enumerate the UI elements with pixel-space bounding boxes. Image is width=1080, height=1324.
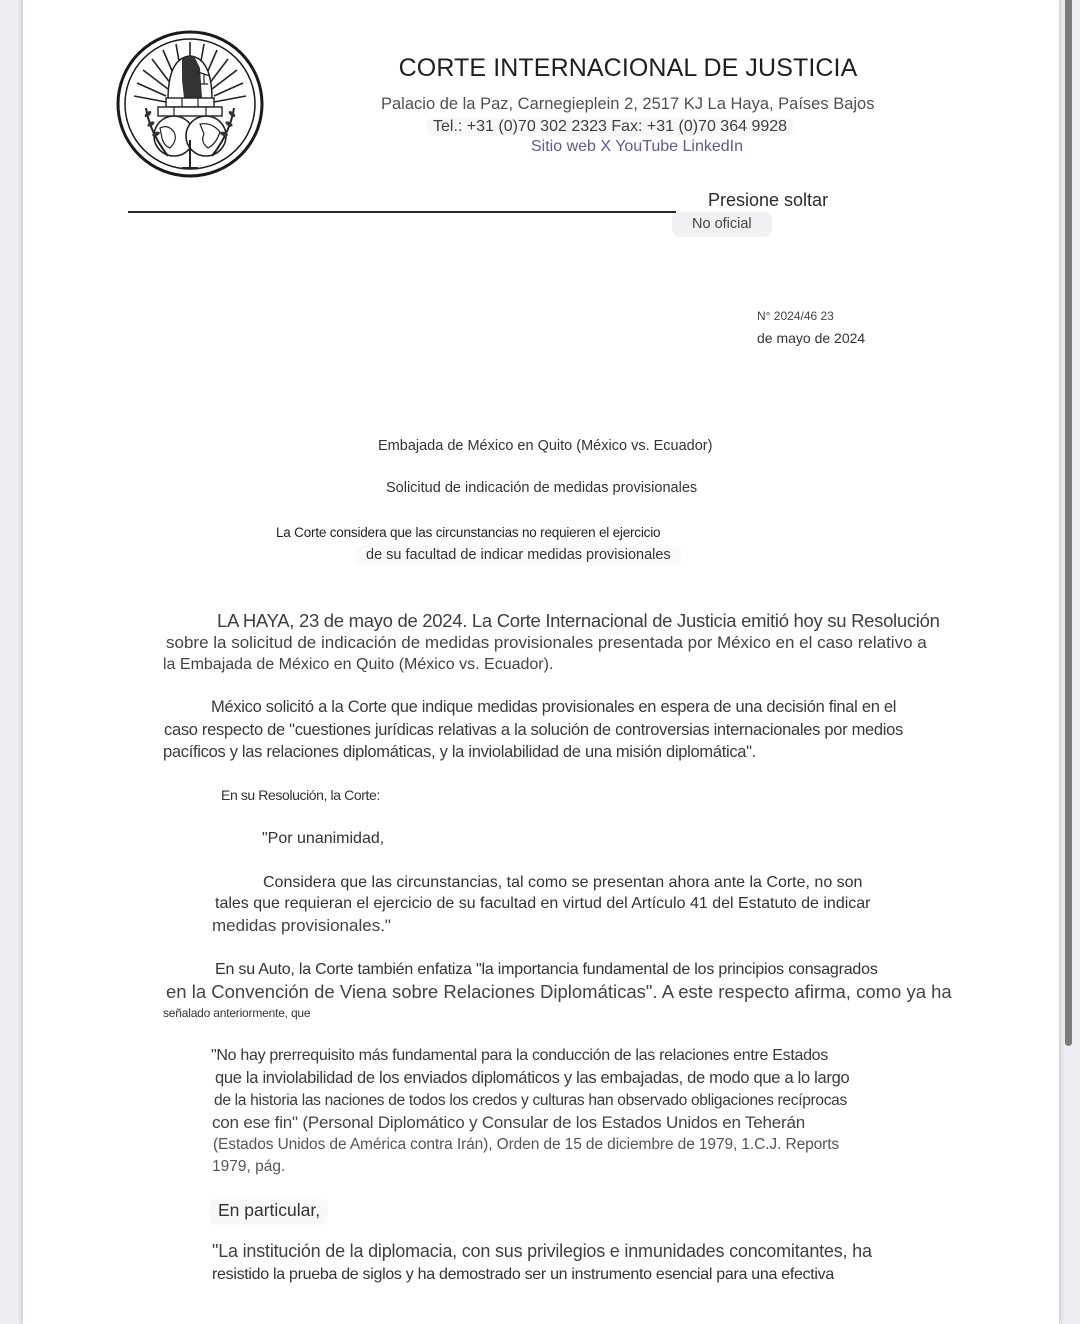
body-line: medidas provisionales." xyxy=(212,916,391,936)
social-links: Sitio web X YouTube LinkedIn xyxy=(531,138,743,156)
court-phone-fax: Tel.: +31 (0)70 302 2323 Fax: +31 (0)70 … xyxy=(427,118,793,136)
scrollbar-thumb[interactable] xyxy=(1065,0,1072,1046)
quote-line: (Estados Unidos de América contra Irán),… xyxy=(213,1136,839,1154)
quote-line: "La institución de la diplomacia, con su… xyxy=(212,1241,872,1262)
body-line: la Embajada de México en Quito (México v… xyxy=(163,656,553,674)
unofficial-badge: No oficial xyxy=(672,212,772,237)
case-title: Embajada de México en Quito (México vs. … xyxy=(378,438,712,454)
vertical-scrollbar[interactable] xyxy=(1062,0,1074,1324)
body-line: señalado anteriormente, que xyxy=(163,1006,310,1020)
link-youtube[interactable]: YouTube xyxy=(615,138,682,155)
body-line: en la Convención de Viena sobre Relacion… xyxy=(166,981,952,1003)
body-line: sobre la solicitud de indicación de medi… xyxy=(166,633,927,653)
header-divider xyxy=(128,211,676,213)
body-line: LA HAYA, 23 de mayo de 2024. La Corte In… xyxy=(217,610,940,632)
body-line: "Por unanimidad, xyxy=(262,830,384,848)
link-linkedin[interactable]: LinkedIn xyxy=(683,138,744,155)
document-viewer: CORTE INTERNACIONAL DE JUSTICIA Palacio … xyxy=(0,0,1080,1324)
body-line: Considera que las circunstancias, tal co… xyxy=(263,874,862,892)
icj-seal-icon xyxy=(116,28,264,180)
link-x[interactable]: X xyxy=(600,138,615,155)
body-line: En particular, xyxy=(210,1199,328,1225)
press-release-label: Presione soltar xyxy=(708,190,828,211)
summary-heading-line-1: La Corte considera que las circunstancia… xyxy=(276,525,660,540)
body-line: En su Auto, la Corte también enfatiza "l… xyxy=(215,961,878,979)
body-line: tales que requieran el ejercicio de su f… xyxy=(215,895,871,913)
body-line: caso respecto de "cuestiones jurídicas r… xyxy=(164,721,903,740)
body-line: México solicitó a la Corte que indique m… xyxy=(211,698,896,717)
quote-line: 1979, pág. xyxy=(212,1158,285,1176)
court-address: Palacio de la Paz, Carnegieplein 2, 2517… xyxy=(381,95,874,114)
reference-number: N° 2024/46 23 xyxy=(757,309,834,323)
court-name: CORTE INTERNACIONAL DE JUSTICIA xyxy=(0,54,1080,83)
body-line: pacíficos y las relaciones diplomáticas,… xyxy=(163,743,756,762)
quote-line: "No hay prerrequisito más fundamental pa… xyxy=(211,1047,828,1065)
release-date: de mayo de 2024 xyxy=(757,330,865,346)
body-line: En su Resolución, la Corte: xyxy=(221,787,380,803)
quote-line: con ese fin" (Personal Diplomático y Con… xyxy=(212,1113,805,1133)
quote-line: de la historia las naciones de todos los… xyxy=(214,1092,847,1110)
summary-heading-line-2: de su facultad de indicar medidas provis… xyxy=(356,546,681,566)
request-title: Solicitud de indicación de medidas provi… xyxy=(386,480,697,496)
quote-line: resistido la prueba de siglos y ha demos… xyxy=(212,1266,834,1284)
quote-line: que la inviolabilidad de los enviados di… xyxy=(215,1069,849,1088)
link-website[interactable]: Sitio web xyxy=(531,138,600,155)
